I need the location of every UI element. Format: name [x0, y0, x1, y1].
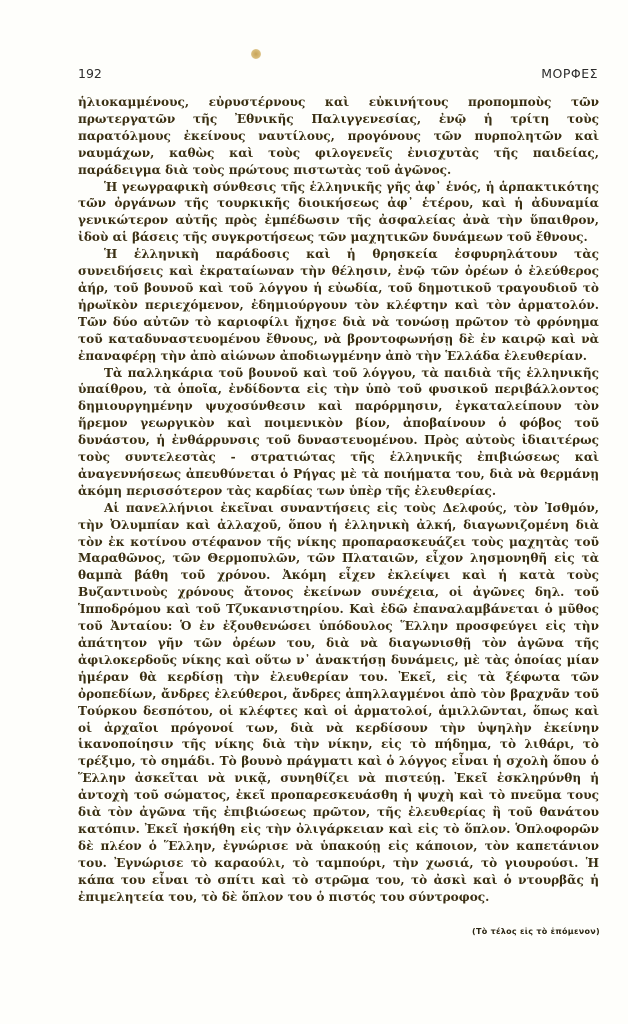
continuation-note: (Τὸ τέλος εἰς τὸ ἑπόμενον): [472, 927, 600, 936]
paragraph: Ἡ ἑλληνικὴ παράδοσις καὶ ἡ θρησκεία ἐσφυ…: [78, 246, 599, 364]
page-mark-dot: [251, 49, 261, 59]
page-number: 192: [78, 66, 102, 81]
paragraph: Ἡ γεωγραφικὴ σύνθεσις τῆς ἑλληνικῆς γῆς …: [78, 179, 599, 247]
running-title: ΜΟΡΦΕΣ: [541, 66, 598, 81]
article-body: ἡλιοκαμμένους, εὐρυστέρνους καὶ εὐκινήτο…: [78, 94, 599, 906]
page-header: 192 ΜΟΡΦΕΣ: [78, 66, 598, 84]
paragraph: Τὰ παλληκάρια τοῦ βουνοῦ καὶ τοῦ λόγγου,…: [78, 365, 599, 500]
paragraph: ἡλιοκαμμένους, εὐρυστέρνους καὶ εὐκινήτο…: [78, 94, 599, 179]
paragraph: Αἱ πανελλήνιοι ἐκεῖναι συναντήσεις εἰς τ…: [78, 500, 599, 906]
